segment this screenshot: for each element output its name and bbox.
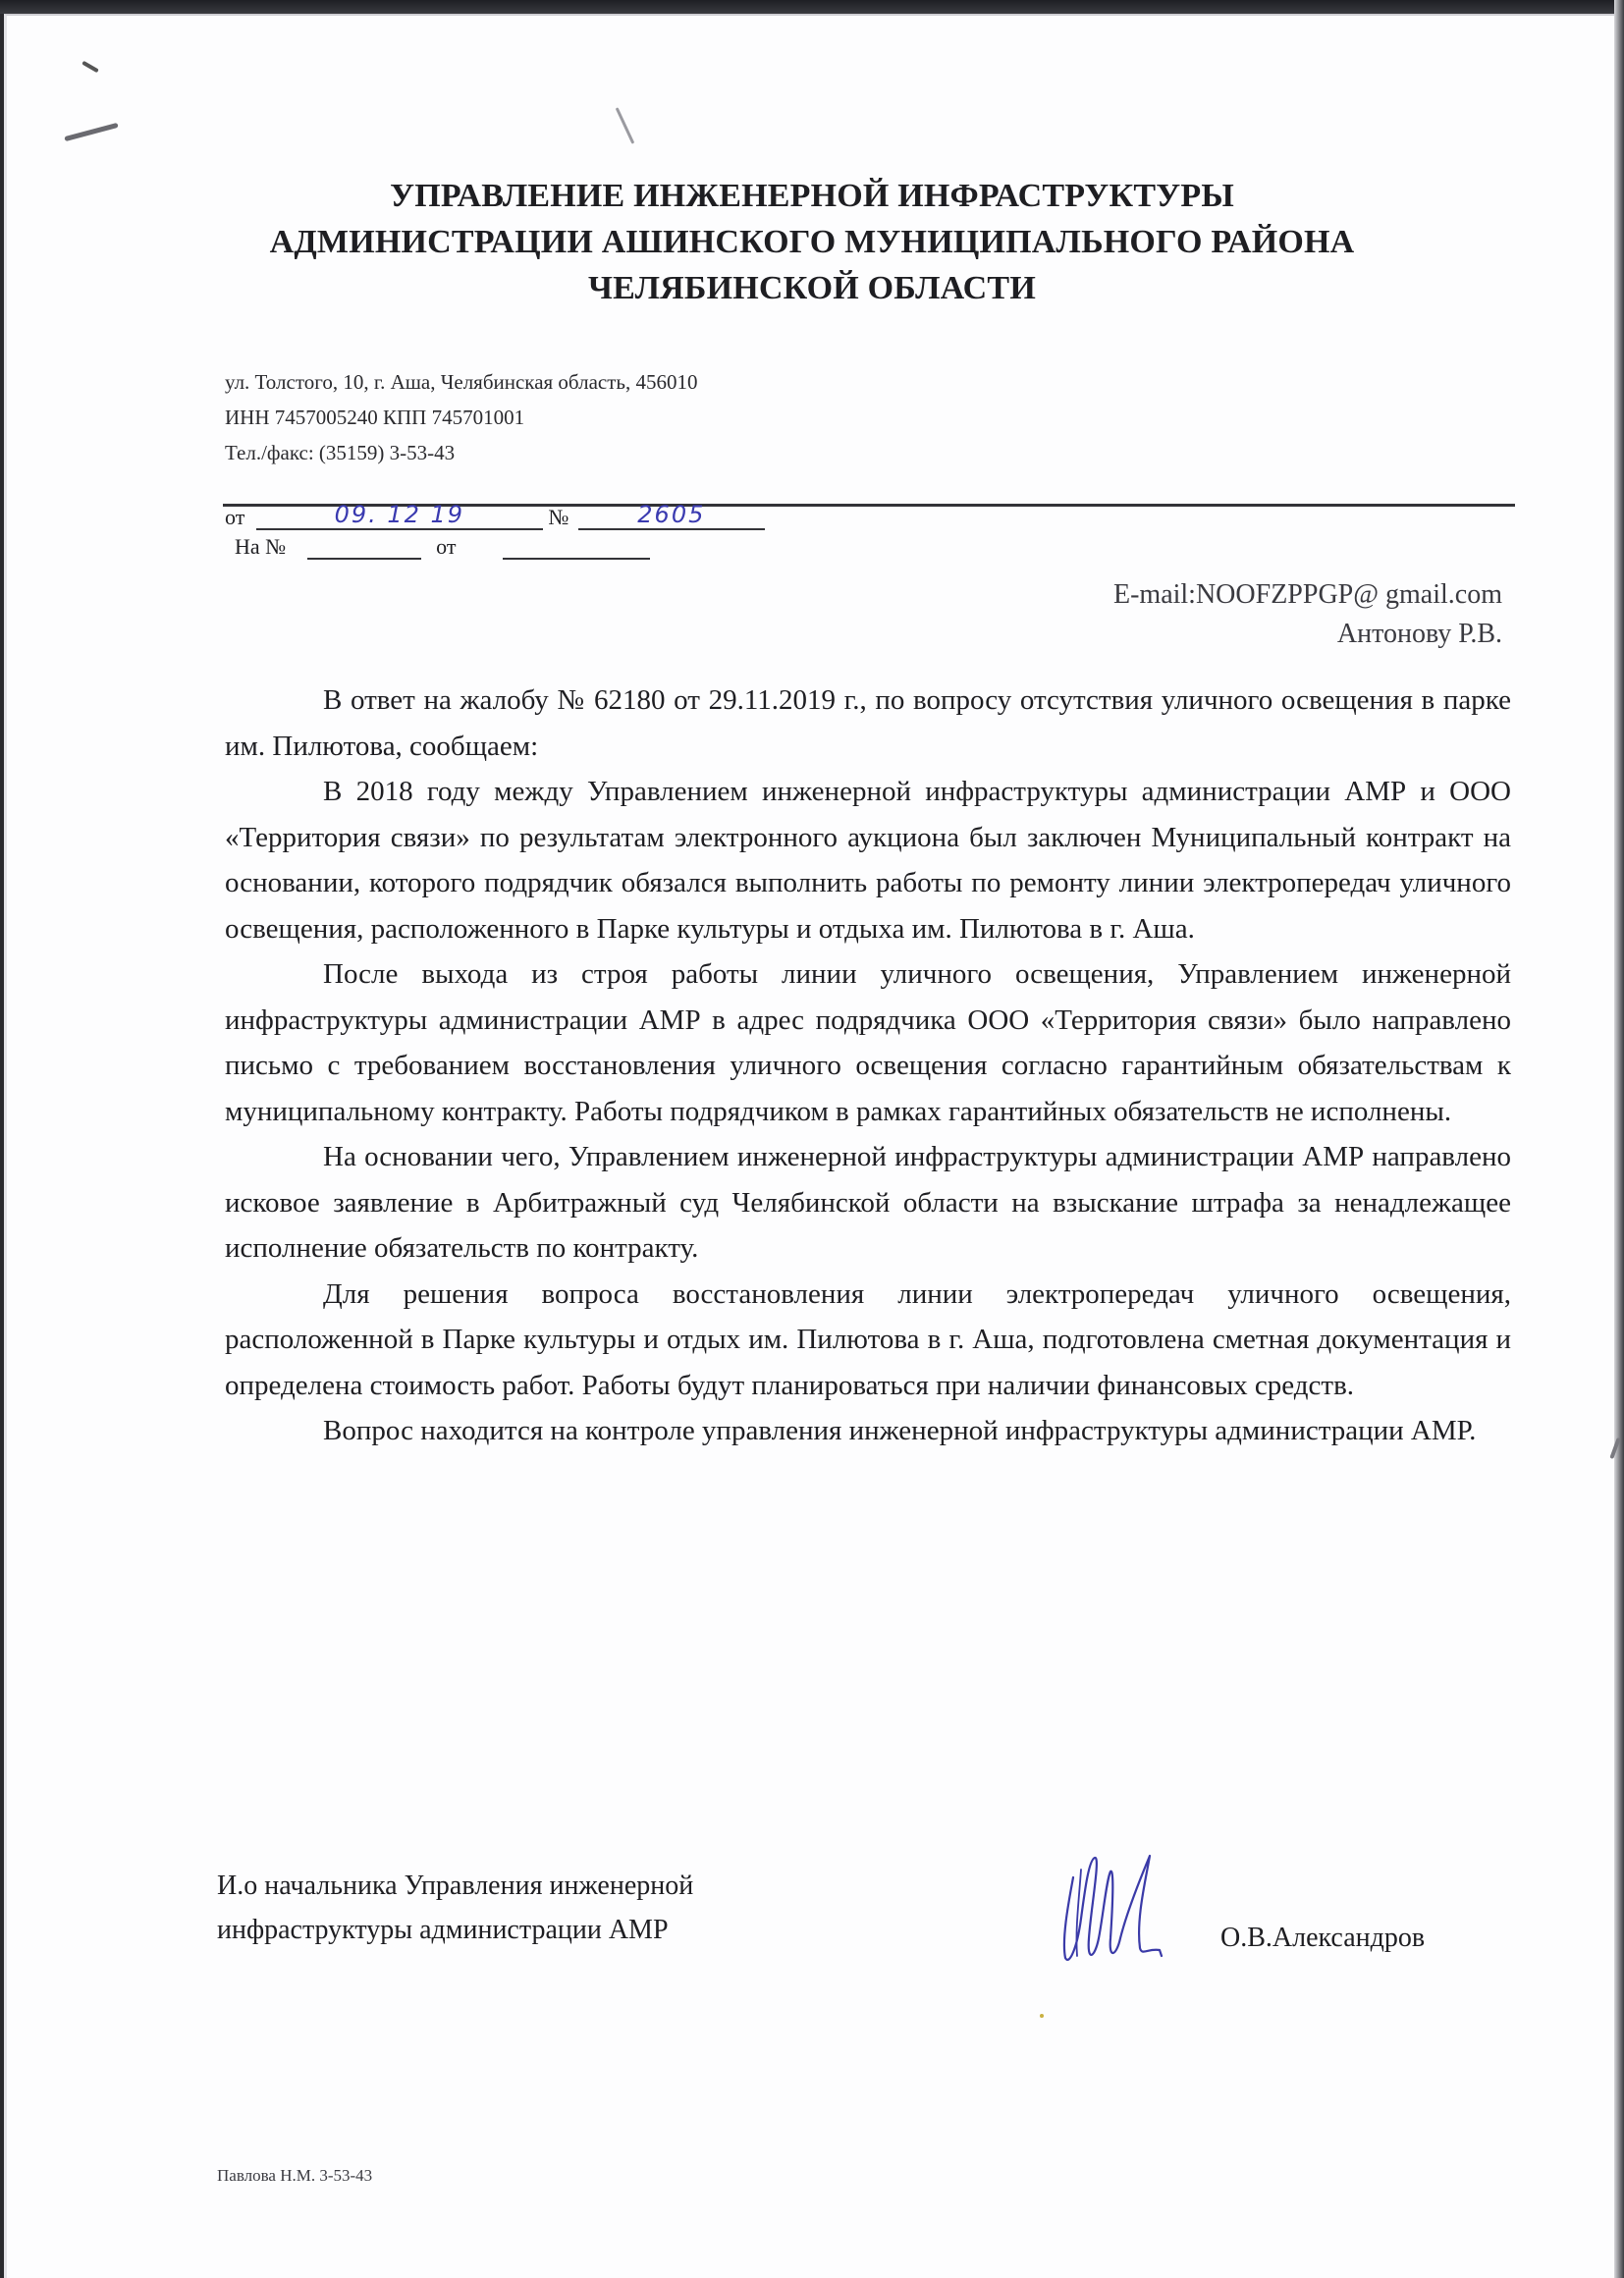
scan-artifact	[81, 61, 99, 73]
handwritten-signature	[1052, 1840, 1169, 1973]
from-label: от	[225, 505, 244, 530]
organization-letterhead: УПРАВЛЕНИЕ ИНЖЕНЕРНОЙ ИНФРАСТРУКТУРЫ АДМ…	[7, 173, 1617, 311]
reply-to-number-field	[307, 534, 421, 560]
body-paragraph: На основании чего, Управлением инженерно…	[225, 1134, 1511, 1272]
tax-ids: ИНН 7457005240 КПП 745701001	[225, 400, 697, 435]
handwritten-number: 2605	[578, 501, 765, 528]
body-paragraph: Вопрос находится на контроле управления …	[225, 1408, 1511, 1454]
letter-body: В ответ на жалобу № 62180 от 29.11.2019 …	[225, 678, 1511, 1454]
organization-contacts: ул. Толстого, 10, г. Аша, Челябинская об…	[225, 364, 697, 470]
body-paragraph: Для решения вопроса восстановления линии…	[225, 1272, 1511, 1409]
letterhead-line-1: УПРАВЛЕНИЕ ИНЖЕНЕРНОЙ ИНФРАСТРУКТУРЫ	[7, 173, 1617, 219]
addressee-email: E-mail:NOOFZPPGP@ gmail.com	[1113, 575, 1502, 615]
signatory-position: И.о начальника Управления инженерной инф…	[217, 1864, 693, 1952]
addressee-name: Антонову Р.В.	[1113, 615, 1502, 654]
addressee-block: E-mail:NOOFZPPGP@ gmail.com Антонову Р.В…	[1113, 575, 1502, 654]
reply-from-label: от	[436, 534, 456, 560]
letterhead-line-3: ЧЕЛЯБИНСКОЙ ОБЛАСТИ	[7, 265, 1617, 311]
body-paragraph: В 2018 году между Управлением инженерной…	[225, 769, 1511, 951]
handwritten-date: 09. 12 19	[256, 501, 543, 528]
scan-edge-top	[0, 0, 1624, 14]
signer-name: О.В.Александров	[1220, 1921, 1425, 1956]
number-field: 2605	[578, 505, 765, 530]
phone: Тел./факс: (35159) 3-53-43	[225, 435, 697, 470]
incoming-reference: На № от	[235, 534, 650, 560]
letter-page: УПРАВЛЕНИЕ ИНЖЕНЕРНОЙ ИНФРАСТРУКТУРЫ АДМ…	[4, 14, 1614, 2278]
number-label: №	[548, 505, 568, 530]
from-date-field: 09. 12 19	[256, 505, 543, 530]
reply-to-label: На №	[235, 534, 286, 560]
letterhead-line-2: АДМИНИСТРАЦИИ АШИНСКОГО МУНИЦИПАЛЬНОГО Р…	[7, 219, 1617, 265]
outgoing-registration: от 09. 12 19 № 2605	[225, 505, 765, 530]
body-paragraph: После выхода из строя работы линии уличн…	[225, 951, 1511, 1134]
scan-artifact	[616, 107, 635, 144]
reply-from-date-field	[503, 534, 650, 560]
body-paragraph: В ответ на жалобу № 62180 от 29.11.2019 …	[225, 678, 1511, 769]
address: ул. Толстого, 10, г. Аша, Челябинская об…	[225, 364, 697, 400]
scan-artifact	[64, 123, 118, 141]
scan-edge-right	[1614, 0, 1624, 2278]
executor-contact: Павлова Н.М. 3-53-43	[217, 2166, 372, 2186]
scan-artifact	[1040, 2014, 1044, 2018]
